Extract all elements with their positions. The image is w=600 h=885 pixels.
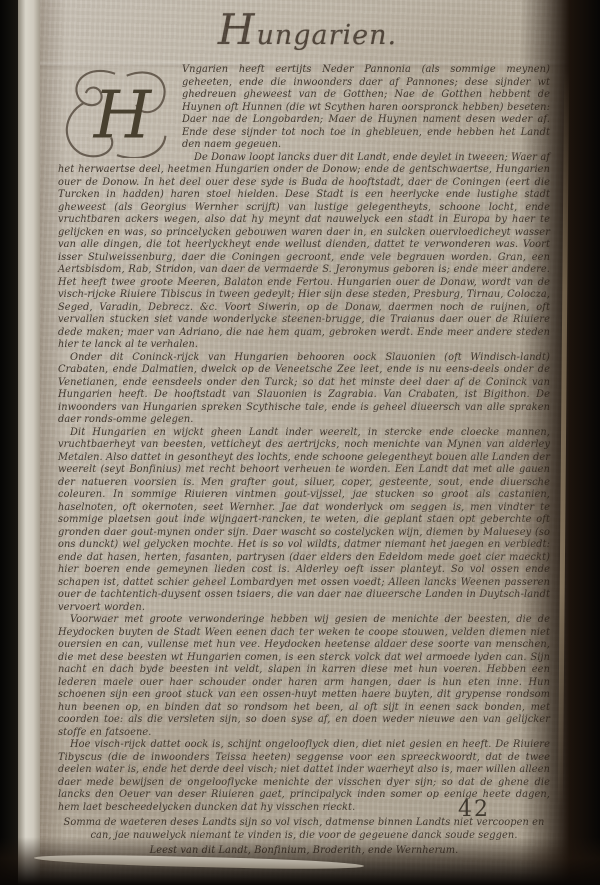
text-block: H Vngarien heeft eertijts Neder Pannonia… (58, 64, 550, 858)
paragraph-2: De Donaw loopt lancks duer dit Landt, en… (58, 152, 550, 352)
book-photo: Hungarien. H Vngarien heeft eertijts Ned… (0, 0, 600, 885)
page-fore-edge (18, 0, 40, 885)
drop-cap-letter: H (93, 77, 153, 154)
drop-cap-flourish-art: H (58, 66, 176, 158)
page-number: 42 (458, 797, 490, 822)
title-initial: H (218, 5, 257, 54)
drop-cap: H (58, 66, 176, 158)
paragraph-4: Dit Hungarien en wijckt gheen Landt inde… (58, 427, 550, 615)
book-page: Hungarien. H Vngarien heeft eertijts Ned… (40, 0, 575, 885)
paragraph-3: Onder dit Coninck-rijck van Hungarien be… (58, 352, 550, 427)
page-title: Hungarien. (40, 0, 575, 54)
paragraph-5: Voorwaer met groote verwonderinge hebben… (58, 614, 550, 739)
book-binding-edge (0, 0, 20, 885)
title-text: ungarien. (256, 20, 397, 51)
